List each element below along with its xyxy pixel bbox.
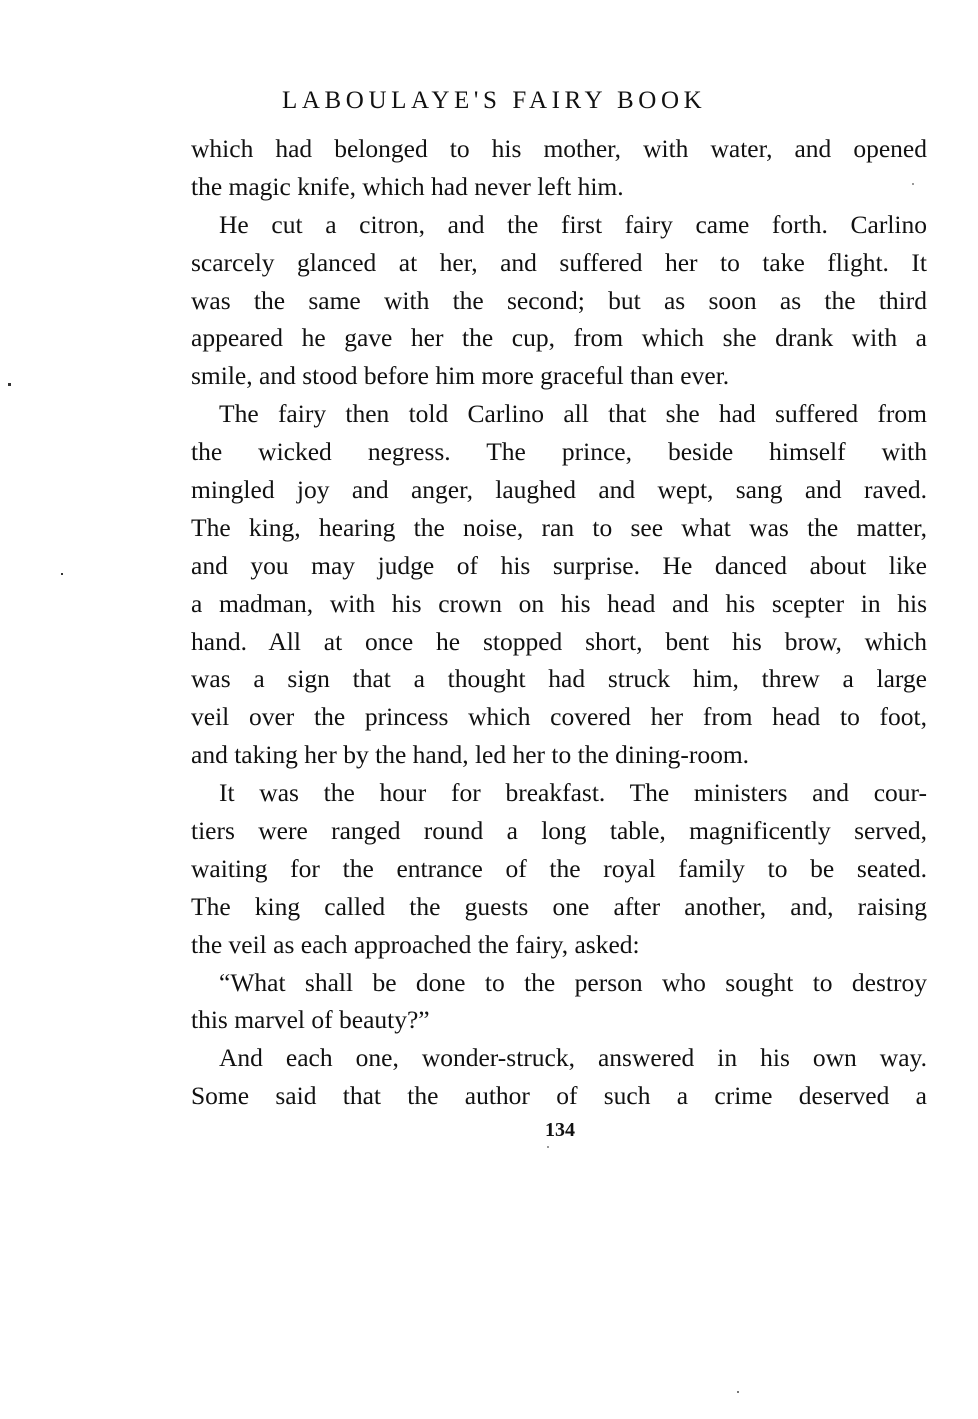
text-line: The king, hearing the noise, ran to see … <box>191 509 927 547</box>
text-line: And each one, wonder-struck, answered in… <box>191 1039 927 1077</box>
text-line: the magic knife, which had never left hi… <box>191 168 927 206</box>
text-line: was the same with the second; but as soo… <box>191 282 927 320</box>
text-line: The fairy then told Carlino all that she… <box>191 395 927 433</box>
scan-speck <box>61 573 63 575</box>
text-line: veil over the princess which covered her… <box>191 698 927 736</box>
body-text: which had belonged to his mother, with w… <box>191 130 927 1115</box>
running-head: LABOULAYE'S FAIRY BOOK <box>190 86 928 116</box>
text-line: scarcely glanced at her, and suffered he… <box>191 244 927 282</box>
text-line: the veil as each approached the fairy, a… <box>191 926 927 964</box>
text-line: this marvel of beauty?” <box>191 1001 927 1039</box>
paragraph: He cut a citron, and the first fairy cam… <box>191 206 927 395</box>
text-line: It was the hour for breakfast. The minis… <box>191 774 927 812</box>
text-line: mingled joy and anger, laughed and wept,… <box>191 471 927 509</box>
text-line: and you may judge of his surprise. He da… <box>191 547 927 585</box>
book-page: LABOULAYE'S FAIRY BOOK which had belonge… <box>0 0 978 1419</box>
paragraph: It was the hour for breakfast. The minis… <box>191 774 927 963</box>
text-line: a madman, with his crown on his head and… <box>191 585 927 623</box>
paragraph: The fairy then told Carlino all that she… <box>191 395 927 774</box>
text-line: smile, and stood before him more gracefu… <box>191 357 927 395</box>
text-line: the wicked negress. The prince, beside h… <box>191 433 927 471</box>
text-line: was a sign that a thought had struck him… <box>191 660 927 698</box>
text-line: waiting for the entrance of the royal fa… <box>191 850 927 888</box>
text-line: appeared he gave her the cup, from which… <box>191 319 927 357</box>
paragraph: “What shall be done to the person who so… <box>191 964 927 1040</box>
text-line: The king called the guests one after ano… <box>191 888 927 926</box>
text-line: He cut a citron, and the first fairy cam… <box>191 206 927 244</box>
text-line: “What shall be done to the person who so… <box>191 964 927 1002</box>
paragraph: And each one, wonder-struck, answered in… <box>191 1039 927 1115</box>
scan-speck <box>8 383 11 386</box>
scan-speck <box>912 183 914 185</box>
paragraph: which had belonged to his mother, with w… <box>191 130 927 206</box>
text-line: Some said that the author of such a crim… <box>191 1077 927 1115</box>
text-line: hand. All at once he stopped short, bent… <box>191 623 927 661</box>
page-number: 134 <box>0 1118 978 1142</box>
text-line: tiers were ranged round a long table, ma… <box>191 812 927 850</box>
scan-speck <box>737 1391 739 1393</box>
text-line: which had belonged to his mother, with w… <box>191 130 927 168</box>
text-line: and taking her by the hand, led her to t… <box>191 736 927 774</box>
scan-speck <box>547 1146 549 1148</box>
